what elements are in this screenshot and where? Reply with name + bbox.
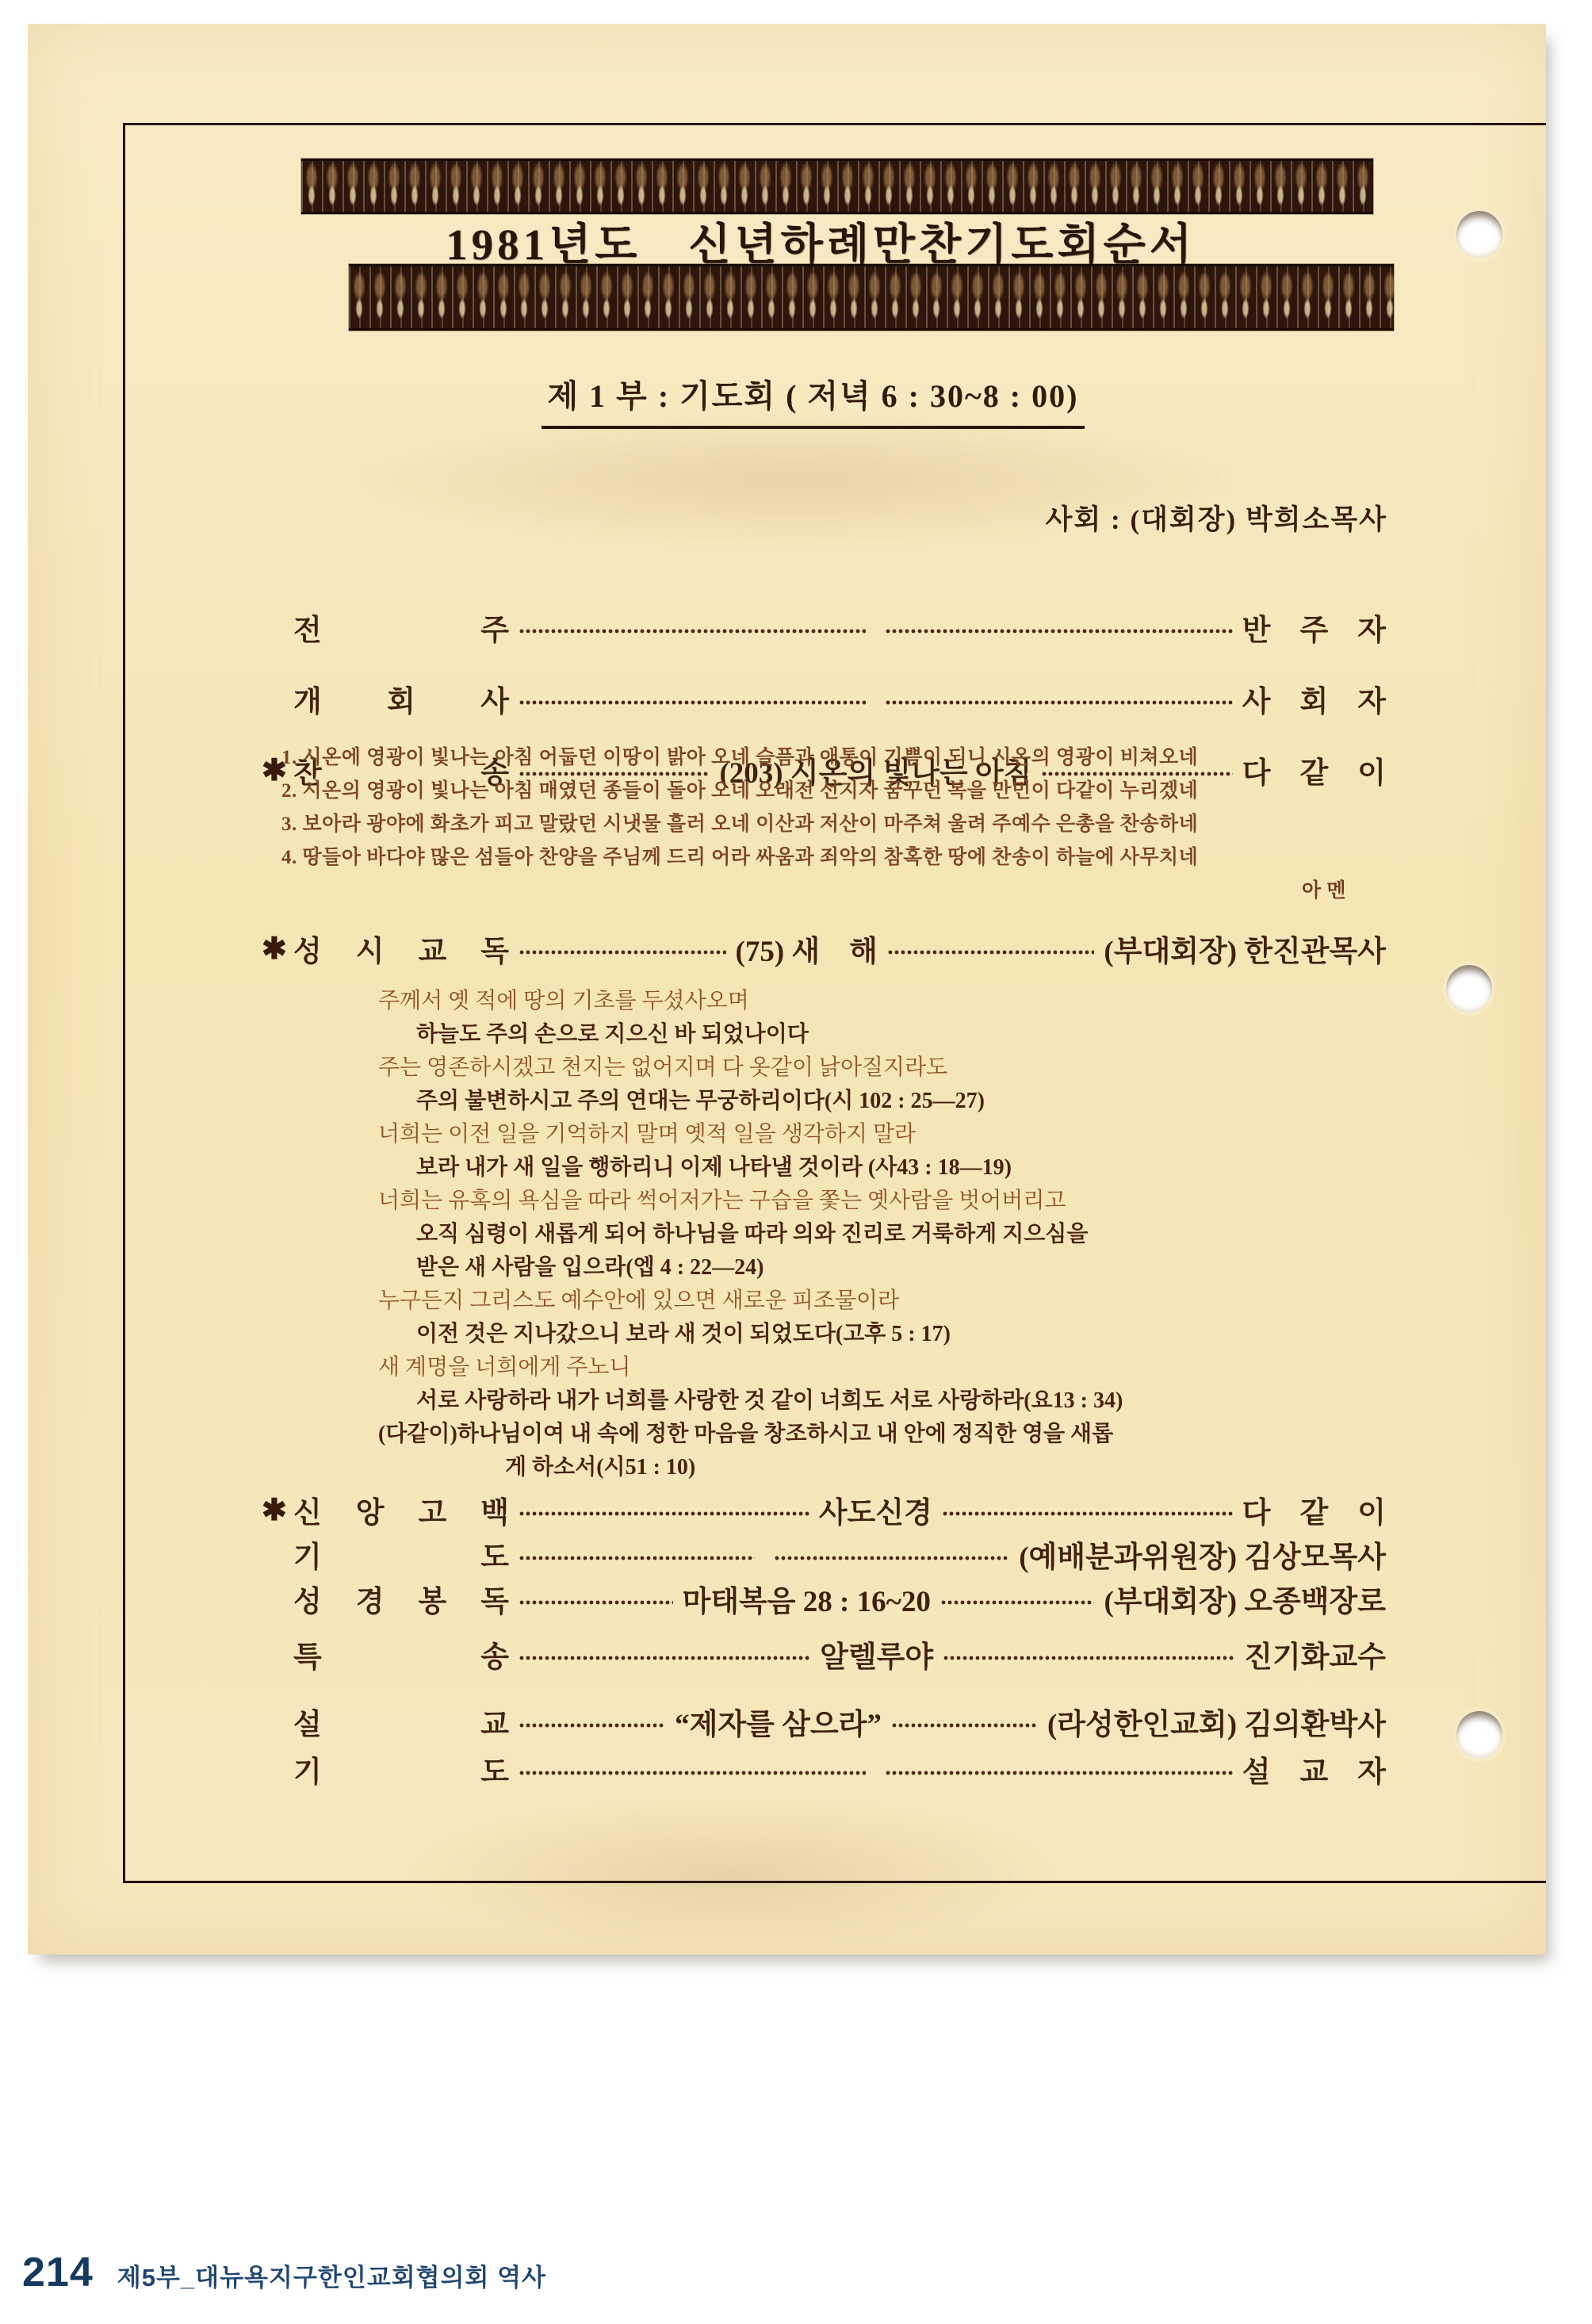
reading-line: 서로 사랑하라 내가 너희를 사랑한 것 같이 너희도 서로 사랑하라(요13 … bbox=[378, 1384, 1314, 1418]
amen-line: 아 멘 bbox=[281, 875, 1390, 908]
program-row: ✱ 전주 반 주 자 bbox=[293, 607, 1386, 648]
mc-line: 사회 : (대회장) 박희소목사 bbox=[1046, 498, 1387, 538]
program-item-person: (예배분과위원장) 김상모목사 bbox=[1019, 1533, 1386, 1575]
hymn-verse-line: 3. 보아라 광야에 화초가 피고 말랐던 시냇물 흘러 오네 이산과 저산이 … bbox=[281, 808, 1390, 841]
dotted-leader bbox=[940, 1578, 1095, 1619]
ornamental-border-top bbox=[301, 159, 1373, 214]
program-item-person: 반 주 자 bbox=[1242, 606, 1386, 649]
program-rows-sermon: ✱ 설교 “제자를 삼으라” (라성한인교회) 김의환박사 ✱ 기도 설 교 자 bbox=[293, 1701, 1386, 1796]
program-row: ✱ 개회사 사 회 자 bbox=[293, 678, 1386, 719]
dotted-leader bbox=[519, 607, 866, 648]
program-row-special-song: ✱ 특송 알렐루야 진기화교수 bbox=[293, 1633, 1386, 1675]
asterisk-icon: ✱ bbox=[262, 1492, 287, 1528]
dotted-leader bbox=[774, 1533, 1010, 1575]
dotted-leader bbox=[519, 1489, 809, 1530]
hymn-verse-line: 2. 시온의 영광이 빛나는 아침 매였던 종들이 돌아 오네 오래전 선지자 … bbox=[281, 775, 1390, 808]
page-number: 214 bbox=[22, 2249, 94, 2296]
program-item-label: 특송 bbox=[293, 1633, 509, 1675]
program-row: ✱ 성경봉독 마태복음 28 : 16~20 (부대회장) 오종백장로 bbox=[293, 1578, 1386, 1619]
program-row: ✱ 성시교독 (75) 새 해 (부대회장) 한진관목사 bbox=[293, 928, 1386, 969]
reading-line: 너희는 유혹의 욕심을 따라 썩어저가는 구습을 쫓는 옛사람을 벗어버리고 bbox=[378, 1185, 1314, 1218]
punch-hole bbox=[1456, 1711, 1502, 1759]
reading-line: 받은 새 사람을 입으라(엡 4 : 22—24) bbox=[378, 1251, 1314, 1285]
dotted-leader bbox=[885, 607, 1232, 648]
dotted-leader bbox=[519, 1533, 755, 1575]
program-row: ✱ 특송 알렐루야 진기화교수 bbox=[293, 1633, 1386, 1675]
program-item-person: 설 교 자 bbox=[1242, 1748, 1386, 1790]
program-item-person: 사 회 자 bbox=[1242, 677, 1386, 720]
hymn-verse-line: 4. 땅들아 바다야 많은 섬들아 찬양을 주님께 드리 어라 싸움과 죄악의 … bbox=[281, 841, 1390, 875]
program-row: ✱ 기도 (예배분과위원장) 김상모목사 bbox=[293, 1533, 1386, 1575]
reading-line: (다같이)하나님이여 내 속에 정한 마음을 창조하시고 내 안에 정직한 영을… bbox=[378, 1418, 1314, 1451]
reading-line: 너희는 이전 일을 기억하지 말며 옛적 일을 생각하지 말라 bbox=[378, 1118, 1314, 1151]
program-item-label: 설교 bbox=[293, 1700, 509, 1743]
program-item-person: 다 같 이 bbox=[1242, 1488, 1386, 1531]
scanned-program-page: 1981년도 신년하례만찬기도회순서 제 1 부 : 기도회 ( 저녁 6 : … bbox=[28, 24, 1546, 1955]
program-item-label: 기도 bbox=[293, 1533, 509, 1575]
hymn-verses: 1. 시온에 영광이 빛나는 아침 어둡던 이땅이 밝아 오네 슬픔과 애통이 … bbox=[281, 741, 1390, 875]
book-page: { "document": { "title": "1981년도\u3000신년… bbox=[0, 0, 1592, 2324]
program-item-person: (부대회장) 오종백장로 bbox=[1104, 1577, 1386, 1620]
program-row: ✱ 기도 설 교 자 bbox=[293, 1748, 1386, 1790]
reading-line: 게 하소서(시51 : 10) bbox=[378, 1451, 1314, 1484]
dotted-leader bbox=[942, 1489, 1233, 1530]
reading-line: 오직 심령이 새롭게 되어 하나님을 따라 의와 진리로 거룩하게 지으심을 bbox=[378, 1218, 1314, 1251]
dotted-leader bbox=[885, 1748, 1232, 1790]
amen-line-wrap: 아 멘 bbox=[281, 875, 1390, 908]
punch-hole bbox=[1456, 211, 1502, 258]
reading-line: 새 계명을 너희에게 주노니 bbox=[378, 1351, 1314, 1384]
program-item-person: 진기화교수 bbox=[1244, 1633, 1386, 1675]
program-item-detail: 알렐루야 bbox=[820, 1633, 933, 1675]
program-item-label: 성시교독 bbox=[293, 927, 509, 970]
footer-caption: 제5부_대뉴욕지구한인교회협의회 역사 bbox=[117, 2257, 546, 2293]
dotted-leader bbox=[519, 1578, 673, 1619]
asterisk-icon: ✱ bbox=[262, 931, 287, 967]
dotted-leader bbox=[519, 928, 726, 969]
reading-line: 주의 불변하시고 주의 연대는 무궁하리이다(시 102 : 25—27) bbox=[378, 1085, 1314, 1118]
reading-line: 이전 것은 지나갔으니 보라 새 것이 되었도다(고후 5 : 17) bbox=[378, 1318, 1314, 1351]
book-footer: 214 제5부_대뉴욕지구한인교회협의회 역사 bbox=[22, 2249, 546, 2296]
program-item-detail: 사도신경 bbox=[819, 1488, 932, 1531]
program-row: ✱ 설교 “제자를 삼으라” (라성한인교회) 김의환박사 bbox=[293, 1701, 1386, 1742]
program-item-label: 기도 bbox=[293, 1748, 509, 1790]
program-item-label: 전주 bbox=[293, 606, 509, 649]
program-item-detail: 마태복음 28 : 16~20 bbox=[683, 1577, 931, 1620]
reading-line: 주는 영존하시겠고 천지는 없어지며 다 옷같이 낡아질지라도 bbox=[378, 1051, 1314, 1085]
reading-line: 하늘도 주의 손으로 지으신 바 되었나이다 bbox=[378, 1018, 1314, 1051]
program-item-label: 개회사 bbox=[293, 677, 509, 720]
program-item-person: (라성한인교회) 김의환박사 bbox=[1047, 1700, 1386, 1743]
dotted-leader bbox=[519, 1633, 810, 1675]
ornamental-border-bottom bbox=[349, 264, 1394, 331]
dotted-leader bbox=[519, 1748, 866, 1790]
part1-heading: 제 1 부 : 기도회 ( 저녁 6 : 30~8 : 00) bbox=[542, 371, 1085, 429]
reading-line: 주께서 옛 적에 땅의 기초를 두셨사오며 bbox=[378, 985, 1314, 1018]
program-title: 1981년도 신년하례만찬기도회순서 bbox=[266, 209, 1376, 272]
reading-line: 보라 내가 새 일을 행하리니 이제 나타낼 것이라 (사43 : 18—19) bbox=[378, 1151, 1314, 1185]
dotted-leader bbox=[519, 1701, 665, 1742]
program-item-detail: (75) 새 해 bbox=[736, 927, 878, 970]
punch-hole bbox=[1446, 965, 1492, 1013]
dotted-leader bbox=[885, 678, 1232, 719]
program-item-person: (부대회장) 한진관목사 bbox=[1104, 927, 1386, 970]
program-item-detail: “제자를 삼으라” bbox=[675, 1700, 882, 1743]
program-item-label: 신앙고백 bbox=[293, 1488, 509, 1531]
program-row: ✱ 신앙고백 사도신경 다 같 이 bbox=[293, 1489, 1386, 1530]
dotted-leader bbox=[943, 1633, 1234, 1675]
responsive-reading-text: 주께서 옛 적에 땅의 기초를 두셨사오며 하늘도 주의 손으로 지으신 바 되… bbox=[378, 985, 1314, 1484]
reading-line: 누구든지 그리스도 예수안에 있으면 새로운 피조물이라 bbox=[378, 1285, 1314, 1318]
dotted-leader bbox=[887, 928, 1095, 969]
program-rows-closing: ✱ 신앙고백 사도신경 다 같 이 ✱ 기도 (예배분과위원장) 김상모목사 ✱… bbox=[293, 1489, 1386, 1622]
program-item-label: 성경봉독 bbox=[293, 1577, 509, 1620]
dotted-leader bbox=[891, 1701, 1038, 1742]
hymn-verse-line: 1. 시온에 영광이 빛나는 아침 어둡던 이땅이 밝아 오네 슬픔과 애통이 … bbox=[281, 741, 1390, 775]
dotted-leader bbox=[519, 678, 866, 719]
